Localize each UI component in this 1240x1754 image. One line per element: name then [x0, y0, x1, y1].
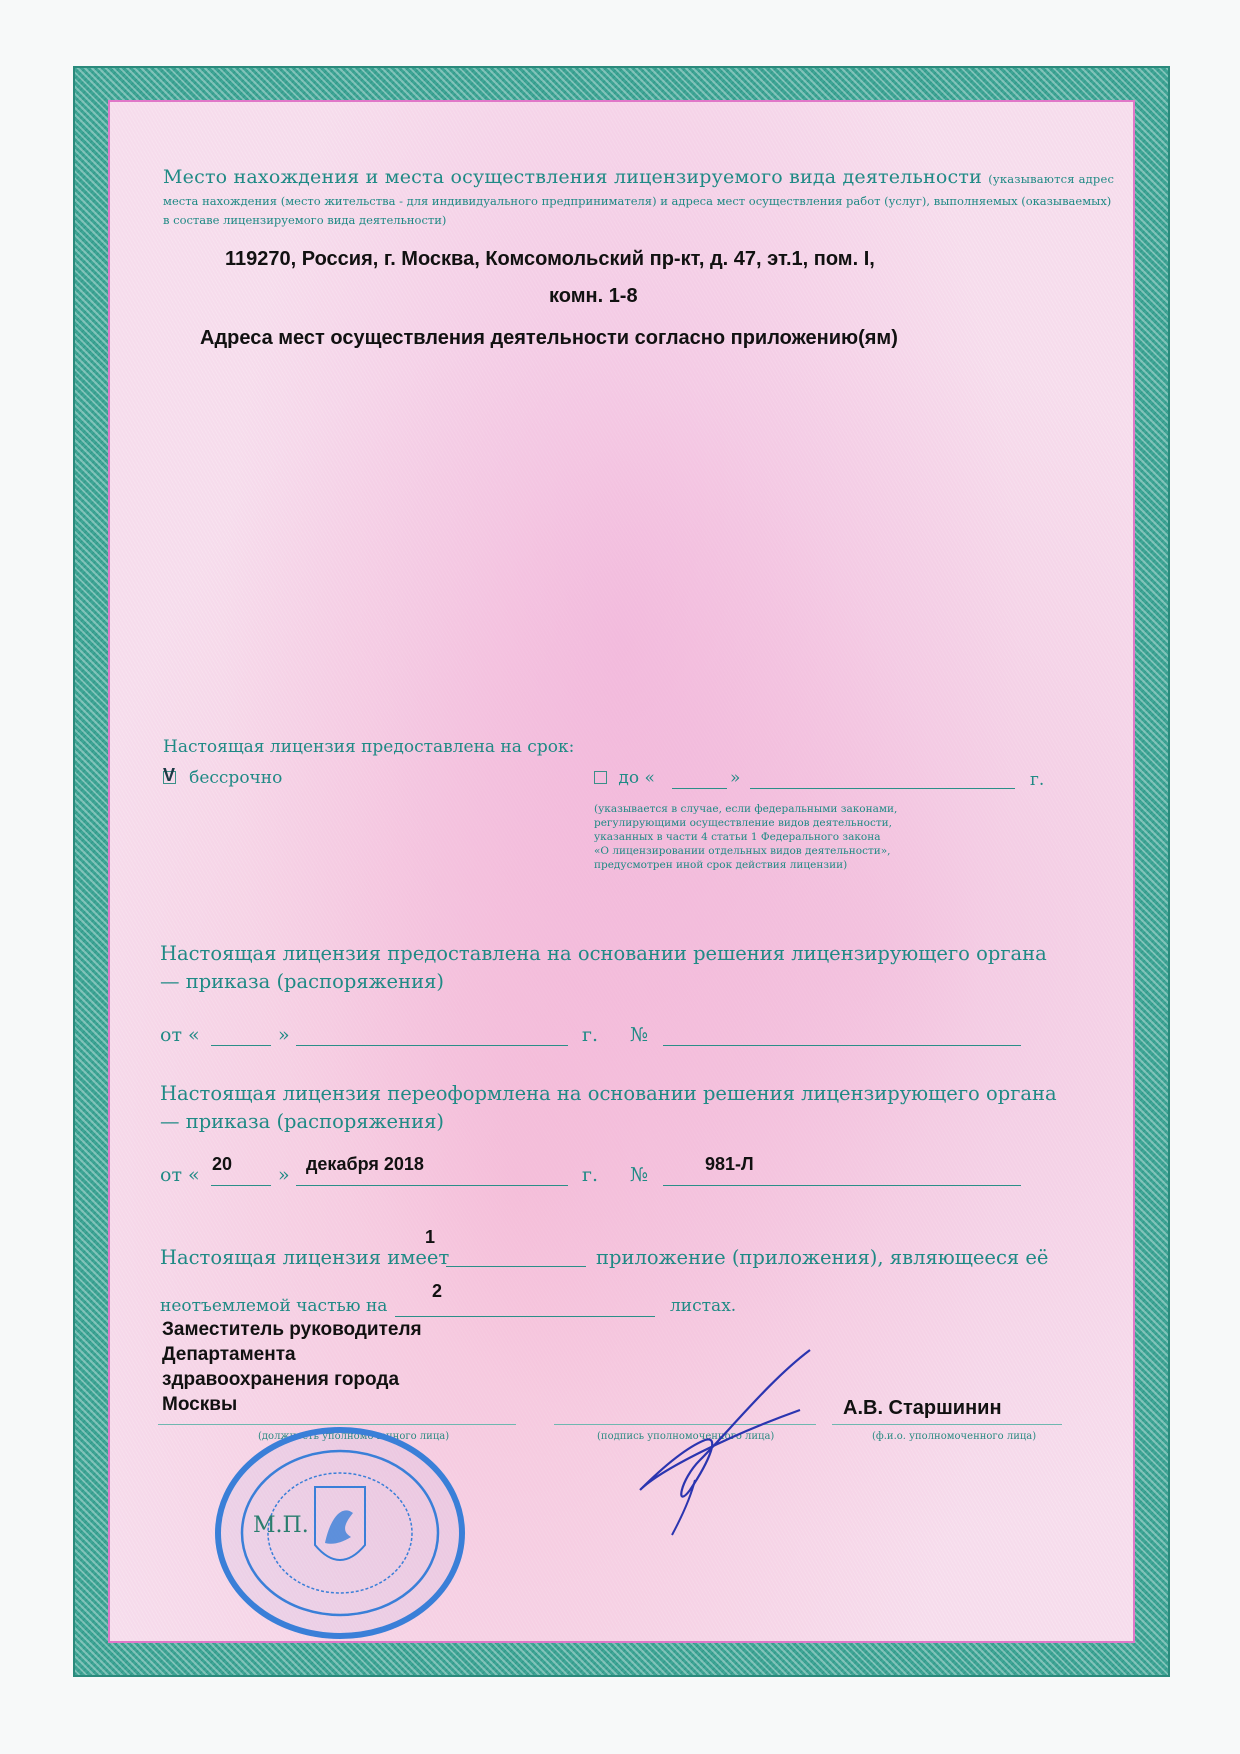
name-line-rule [832, 1424, 1062, 1425]
sheet-count-value: 2 [432, 1281, 442, 1302]
signature-icon [620, 1340, 830, 1540]
position-line: Департамента [162, 1342, 422, 1367]
reissued-month-year-field[interactable] [296, 1185, 568, 1186]
until-prefix: до « [618, 768, 655, 788]
address-line-2: комн. 1-8 [549, 285, 638, 308]
reissued-number-label: № [630, 1164, 648, 1186]
reissued-number-value: 981-Л [705, 1154, 754, 1175]
location-heading-text: Место нахождения и места осуществления л… [163, 166, 982, 188]
address-line-1: 119270, Россия, г. Москва, Комсомольский… [225, 248, 875, 271]
signatory-position: Заместитель руководителя Департамента зд… [162, 1317, 422, 1417]
check-mark-icon: V [163, 765, 175, 786]
term-note: (указывается в случае, если федеральными… [594, 802, 897, 872]
appendix-count-value: 1 [425, 1227, 435, 1248]
unlimited-label: бессрочно [189, 768, 282, 788]
granted-month-year-field[interactable] [296, 1045, 568, 1046]
appendix-line2-prefix: неотъемлемой частью на [160, 1296, 387, 1316]
until-day-line[interactable] [672, 788, 727, 789]
granted-number-field[interactable] [663, 1045, 1021, 1046]
reissued-day-field[interactable] [211, 1185, 271, 1186]
term-note-line: указанных в части 4 статьи 1 Федеральног… [594, 830, 897, 844]
granted-number-label: № [630, 1024, 648, 1046]
granted-line-1: Настоящая лицензия предоставлена на осно… [160, 942, 1047, 965]
name-caption: (ф.и.о. уполномоченного лица) [872, 1431, 1036, 1442]
reissued-date-prefix: от « [160, 1164, 200, 1186]
signatory-name: А.В. Старшинин [843, 1397, 1002, 1420]
term-unlimited-option[interactable]: бессрочно [163, 768, 282, 788]
reissued-line-1: Настоящая лицензия переоформлена на осно… [160, 1082, 1057, 1105]
granted-year-suffix: г. [582, 1024, 598, 1046]
position-line: Заместитель руководителя [162, 1317, 422, 1342]
sheet-count-field[interactable] [395, 1316, 655, 1317]
appendix-line1-suffix: приложение (приложения), являющееся её [596, 1246, 1048, 1269]
reissued-day-value: 20 [212, 1154, 232, 1175]
until-year-suffix: г. [1030, 770, 1044, 790]
until-mid: » [730, 768, 740, 788]
position-line: Москвы [162, 1392, 422, 1417]
until-month-year-line[interactable] [750, 788, 1015, 789]
term-note-line: «О лицензировании отдельных видов деятел… [594, 844, 897, 858]
reissued-date-mid: » [278, 1164, 290, 1186]
official-stamp-icon [213, 1425, 468, 1640]
location-heading: Место нахождения и места осуществления л… [163, 166, 1114, 188]
granted-line-2: — приказа (распоряжения) [160, 970, 444, 993]
appendix-count-field[interactable] [446, 1266, 586, 1267]
until-checkbox[interactable] [594, 771, 607, 784]
granted-date-prefix: от « [160, 1024, 200, 1046]
term-label: Настоящая лицензия предоставлена на срок… [163, 737, 574, 757]
reissued-number-field[interactable] [663, 1185, 1021, 1186]
term-note-line: предусмотрен иной срок действия лицензии… [594, 858, 897, 872]
appendix-line1-prefix: Настоящая лицензия имеет [160, 1246, 449, 1269]
granted-date-mid: » [278, 1024, 290, 1046]
address-line-3: Адреса мест осуществления деятельности с… [200, 327, 898, 350]
term-note-line: регулирующими осуществление видов деятел… [594, 816, 897, 830]
term-until-option[interactable]: до « [594, 768, 655, 788]
reissued-year-suffix: г. [582, 1164, 598, 1186]
location-heading-note: (указываются адрес [988, 172, 1114, 186]
reissued-month-year-value: декабря 2018 [306, 1154, 424, 1175]
granted-day-field[interactable] [211, 1045, 271, 1046]
location-note-line2: места нахождения (место жительства - для… [163, 194, 1111, 208]
appendix-line2-suffix: листах. [670, 1296, 736, 1316]
stamp-place-label: М.П. [253, 1513, 309, 1538]
term-note-line: (указывается в случае, если федеральными… [594, 802, 897, 816]
position-line: здравоохранения города [162, 1367, 422, 1392]
location-note-line3: в составе лицензируемого вида деятельнос… [163, 213, 446, 227]
reissued-line-2: — приказа (распоряжения) [160, 1110, 444, 1133]
